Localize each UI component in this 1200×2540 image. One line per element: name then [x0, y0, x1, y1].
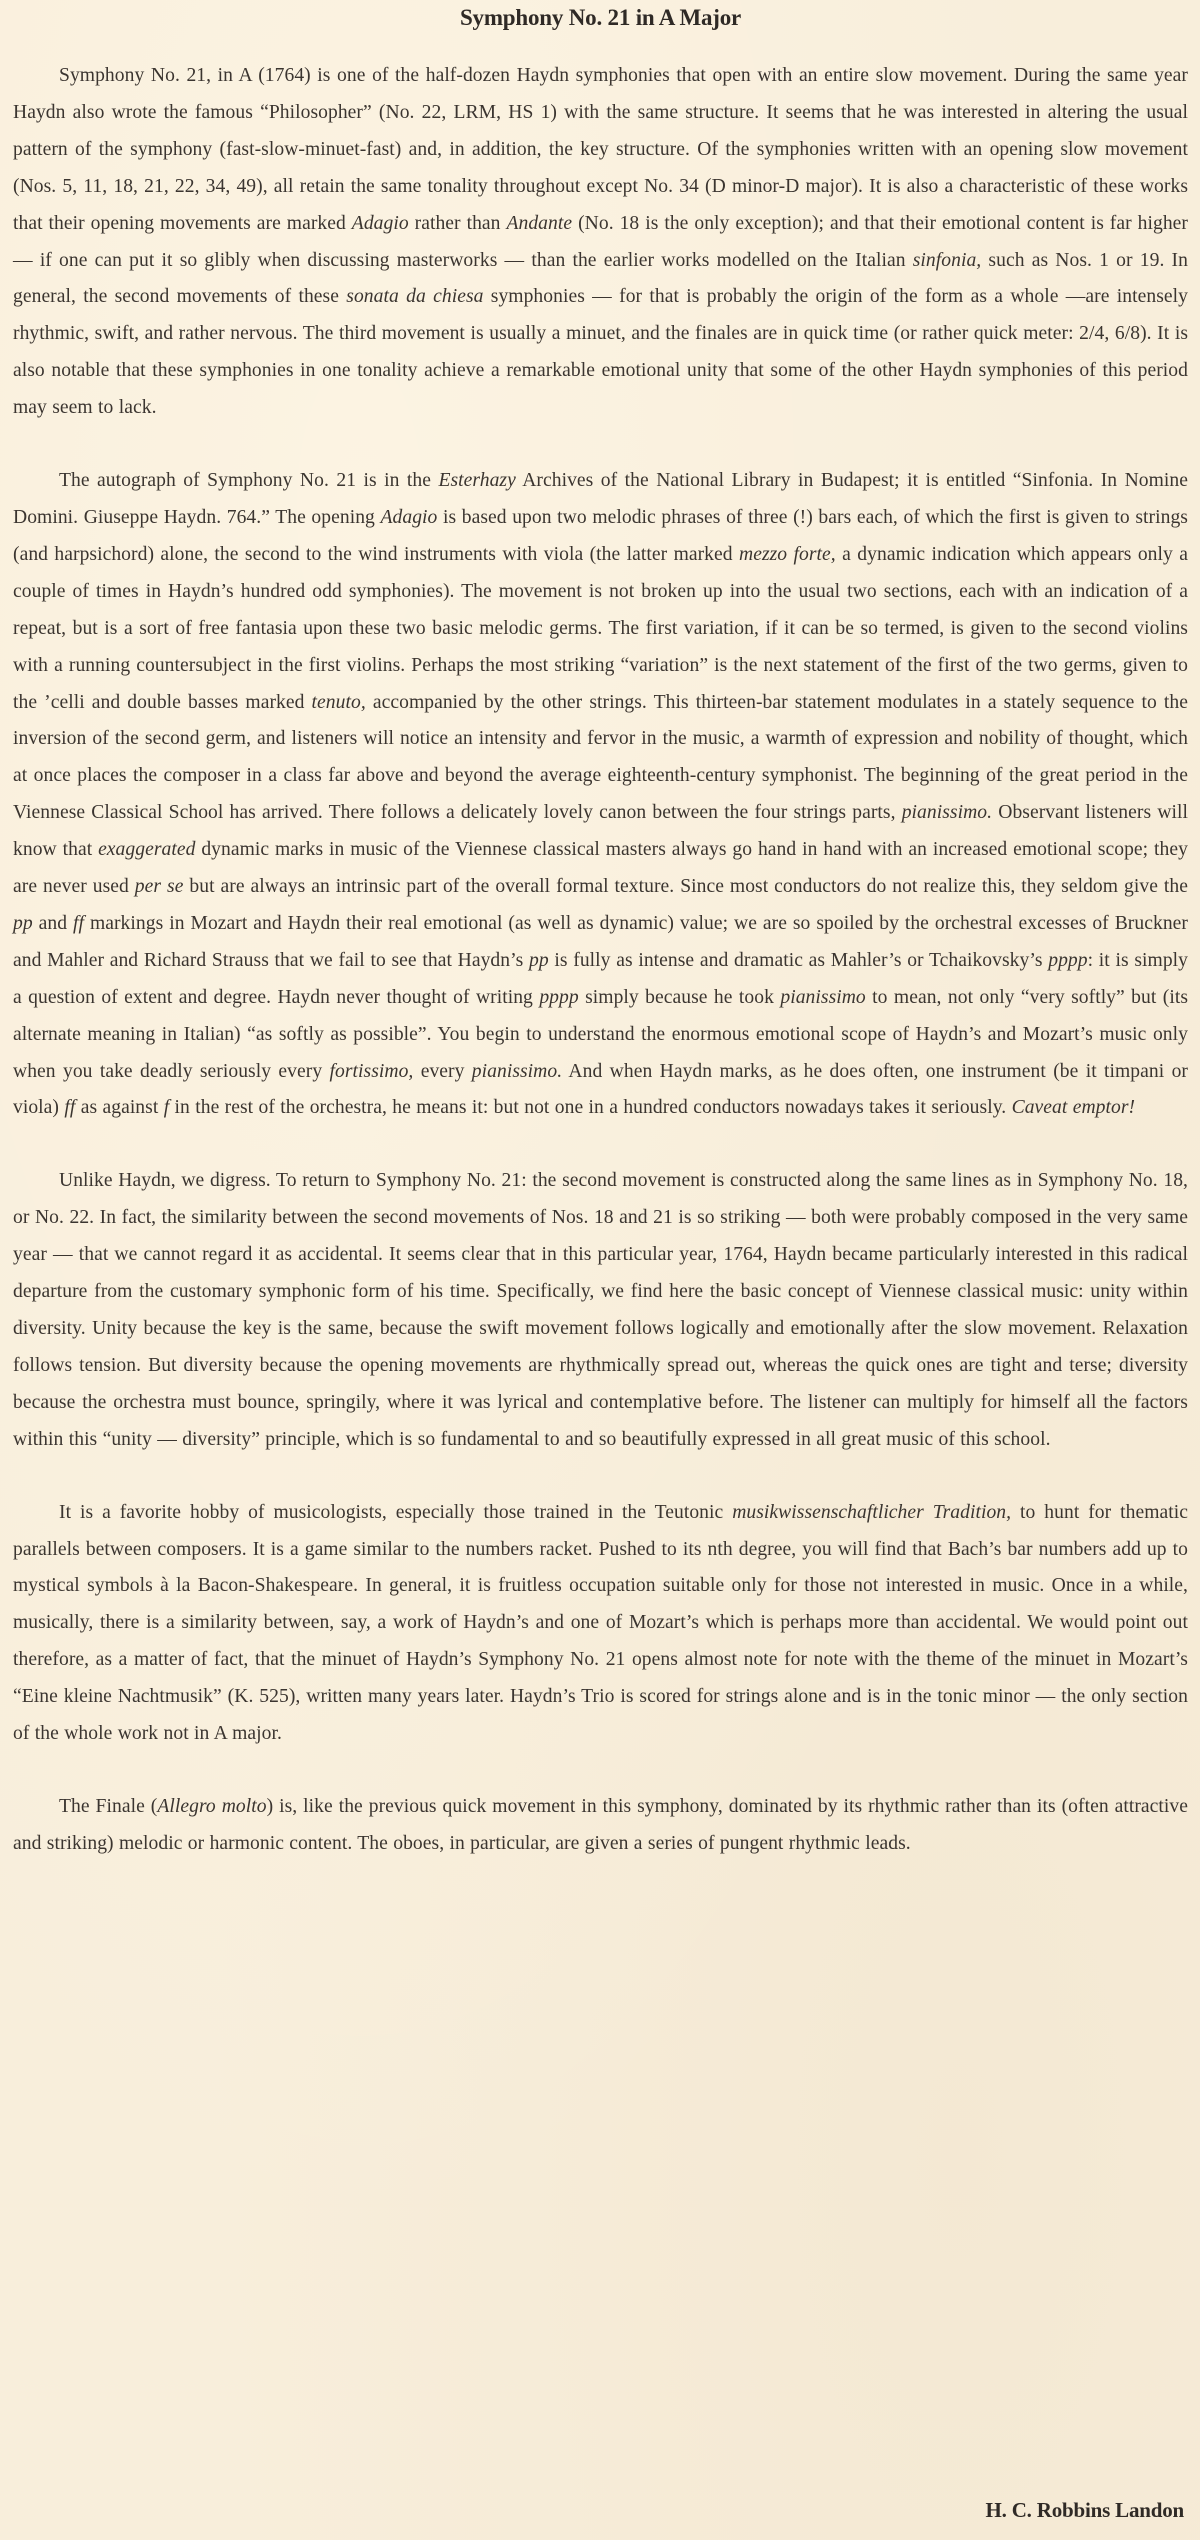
paragraph-5: The Finale (Allegro molto) is, like the … [13, 1789, 1188, 1863]
italic-term: sonata da chiesa [346, 286, 483, 307]
paragraph-3: Unlike Haydn, we digress. To return to S… [13, 1163, 1188, 1458]
italic-term: Esterhazy [438, 470, 515, 491]
italic-term: ff [73, 913, 84, 934]
page-title: Symphony No. 21 in A Major [13, 0, 1188, 55]
paragraph-gap [13, 1459, 1188, 1495]
italic-term: exaggerated [98, 839, 195, 860]
paragraph-1: Symphony No. 21, in A (1764) is one of t… [13, 58, 1188, 427]
italic-term: Adagio [352, 213, 409, 234]
paragraph-4: It is a favorite hobby of musicologists,… [13, 1495, 1188, 1753]
italic-term: Adagio [380, 507, 437, 528]
italic-term: pp [529, 950, 549, 971]
italic-term: mezzo forte, [739, 544, 836, 565]
italic-term: per se [135, 876, 184, 897]
italic-term: musikwissen­schaftlicher Tradition, [732, 1502, 1011, 1523]
paragraph-gap [13, 427, 1188, 463]
italic-term: Allegro molto [157, 1796, 266, 1817]
italic-term: pppp [1048, 950, 1087, 971]
italic-term: pp [13, 913, 33, 934]
italic-term: ff [64, 1097, 75, 1118]
paragraph-gap [13, 1753, 1188, 1789]
author-signature: H. C. Robbins Landon [985, 2498, 1184, 2523]
italic-term: tenuto, [312, 692, 366, 713]
italic-term: pianissimo. [472, 1061, 562, 1082]
paragraph-gap [13, 1127, 1188, 1163]
italic-term: pianissimo [780, 987, 865, 1008]
italic-term: Andante [506, 213, 572, 234]
italic-term: Caveat emptor! [1012, 1097, 1136, 1118]
italic-term: pppp [539, 987, 578, 1008]
italic-term: fortissimo, [330, 1061, 414, 1082]
document-page: Symphony No. 21 in A Major Symphony No. … [0, 0, 1200, 2540]
italic-term: pianissimo. [902, 802, 992, 823]
italic-term: f [164, 1097, 170, 1118]
paragraph-2: The autograph of Symphony No. 21 is in t… [13, 463, 1188, 1127]
italic-term: sinfonia, [913, 250, 982, 271]
